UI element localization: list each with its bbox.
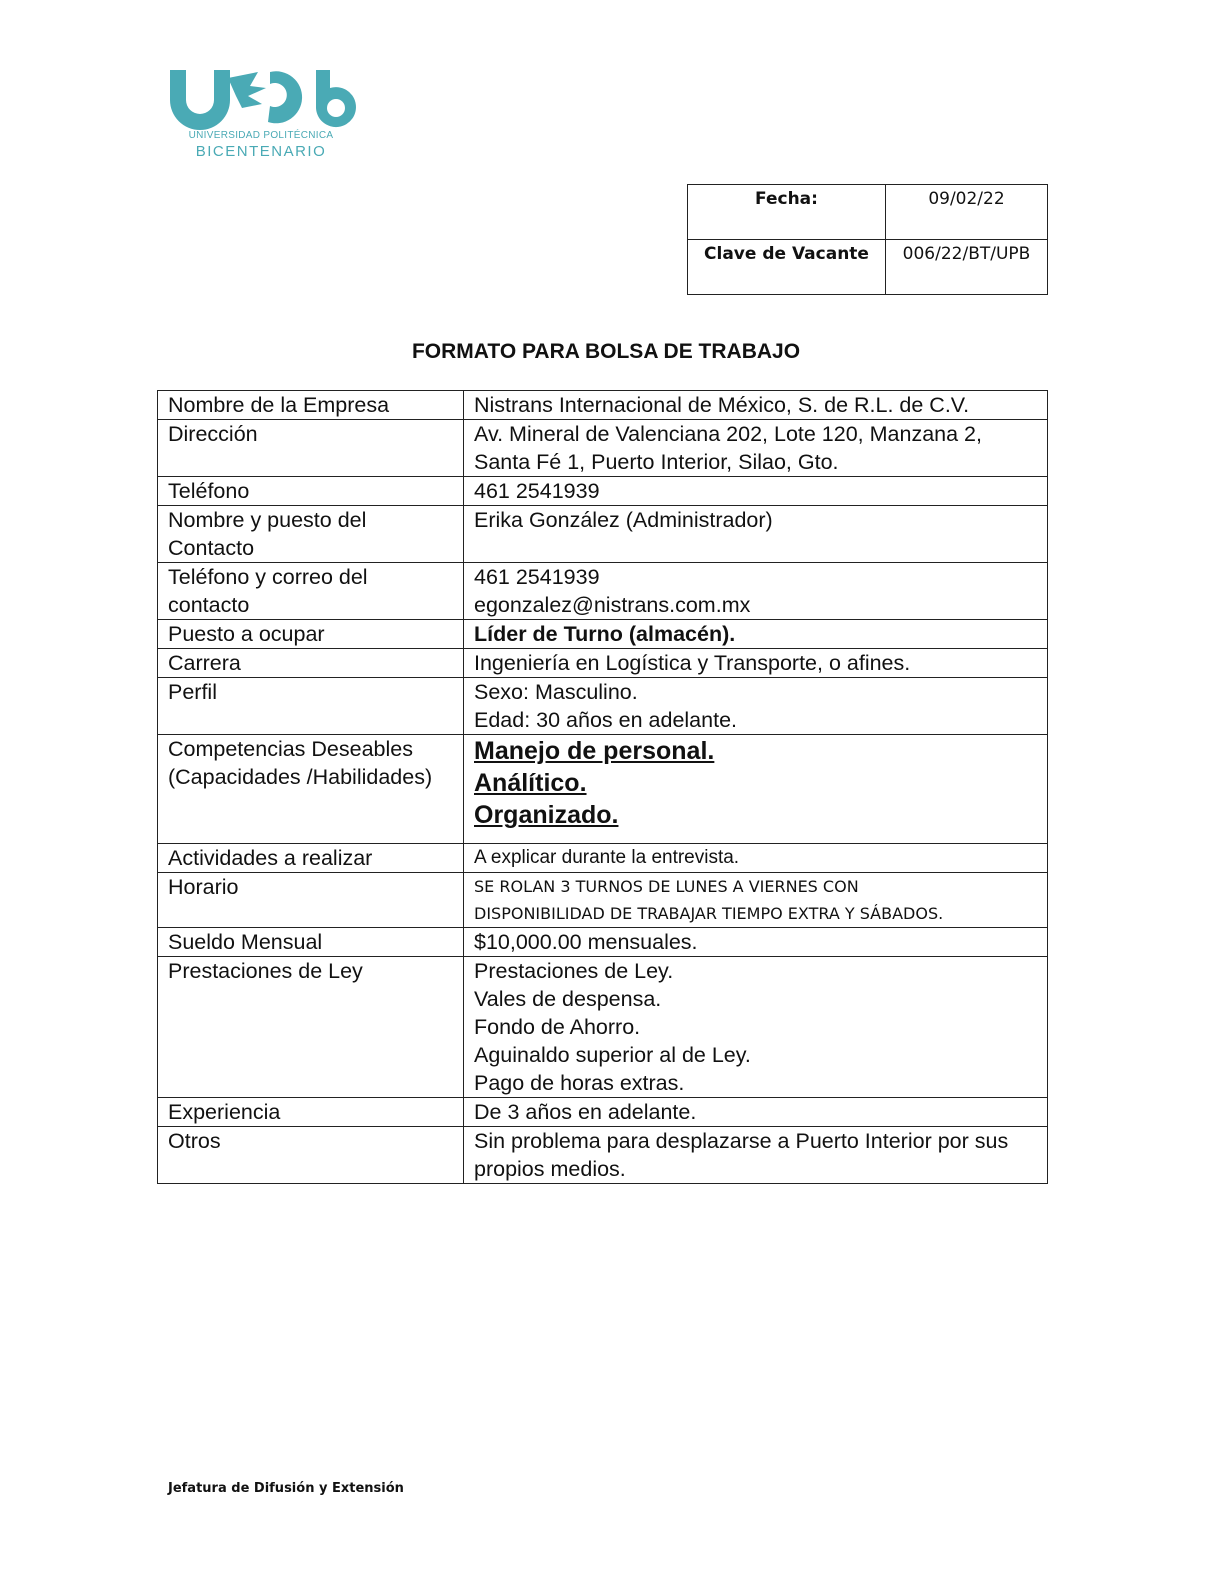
row-value: Av. Mineral de Valenciana 202, Lote 120,… (464, 420, 1048, 477)
row-label: Dirección (158, 420, 464, 477)
perfil-line: Edad: 30 años en adelante. (474, 706, 1037, 734)
row-label: Sueldo Mensual (158, 928, 464, 957)
row-label: Carrera (158, 649, 464, 678)
clave-value: 006/22/BT/UPB (886, 240, 1048, 295)
table-row: Puesto a ocupar Líder de Turno (almacén)… (158, 620, 1048, 649)
contact-email: egonzalez@nistrans.com.mx (474, 591, 1037, 619)
table-row: Nombre y puesto del Contacto Erika Gonzá… (158, 506, 1048, 563)
table-row: Perfil Sexo: Masculino. Edad: 30 años en… (158, 678, 1048, 735)
row-label: Prestaciones de Ley (158, 957, 464, 1098)
row-label: Otros (158, 1127, 464, 1184)
competencia-item: Análítico. (474, 767, 1037, 799)
table-row: Prestaciones de Ley Prestaciones de Ley.… (158, 957, 1048, 1098)
table-row: Sueldo Mensual $10,000.00 mensuales. (158, 928, 1048, 957)
row-value: $10,000.00 mensuales. (464, 928, 1048, 957)
row-value: A explicar durante la entrevista. (464, 844, 1048, 873)
row-value: De 3 años en adelante. (464, 1098, 1048, 1127)
table-row: Otros Sin problema para desplazarse a Pu… (158, 1127, 1048, 1184)
row-value: Erika González (Administrador) (464, 506, 1048, 563)
table-row: Experiencia De 3 años en adelante. (158, 1098, 1048, 1127)
row-value: Sin problema para desplazarse a Puerto I… (464, 1127, 1048, 1184)
table-row: Teléfono y correo del contacto 461 25419… (158, 563, 1048, 620)
table-row: Teléfono 461 2541939 (158, 477, 1048, 506)
row-value: Ingeniería en Logística y Transporte, o … (464, 649, 1048, 678)
row-value: 461 2541939 (464, 477, 1048, 506)
table-row: Horario SE ROLAN 3 TURNOS DE LUNES A VIE… (158, 873, 1048, 928)
fecha-value: 09/02/22 (886, 185, 1048, 240)
row-value: 461 2541939 egonzalez@nistrans.com.mx (464, 563, 1048, 620)
row-value: Nistrans Internacional de México, S. de … (464, 391, 1048, 420)
page-title: FORMATO PARA BOLSA DE TRABAJO (0, 340, 1212, 364)
logo-text-line2: BICENTENARIO (166, 143, 356, 160)
footer-department: Jefatura de Difusión y Extensión (168, 1481, 404, 1496)
row-label: Experiencia (158, 1098, 464, 1127)
clave-label: Clave de Vacante (688, 240, 886, 295)
table-row: Carrera Ingeniería en Logística y Transp… (158, 649, 1048, 678)
job-details-table: Nombre de la Empresa Nistrans Internacio… (157, 390, 1048, 1184)
fecha-label: Fecha: (688, 185, 886, 240)
row-label: Competencias Deseables (Capacidades /Hab… (158, 735, 464, 844)
row-label: Perfil (158, 678, 464, 735)
contact-phone: 461 2541939 (474, 563, 1037, 591)
row-value: Líder de Turno (almacén). (464, 620, 1048, 649)
logo-text-line1: UNIVERSIDAD POLITÉCNICA (166, 130, 356, 141)
vacancy-meta-table: Fecha: 09/02/22 Clave de Vacante 006/22/… (687, 184, 1048, 295)
table-row: Competencias Deseables (Capacidades /Hab… (158, 735, 1048, 844)
row-value: Prestaciones de Ley. Vales de despensa. … (464, 957, 1048, 1098)
prestacion-item: Vales de despensa. (474, 985, 1037, 1013)
horario-line: SE ROLAN 3 TURNOS DE LUNES A VIERNES CON (474, 873, 1037, 900)
prestacion-item: Prestaciones de Ley. (474, 957, 1037, 985)
competencia-item: Organizado. (474, 799, 1037, 831)
prestacion-item: Pago de horas extras. (474, 1069, 1037, 1097)
university-logo: UNIVERSIDAD POLITÉCNICA BICENTENARIO (166, 66, 356, 162)
table-row: Nombre de la Empresa Nistrans Internacio… (158, 391, 1048, 420)
row-label: Nombre y puesto del Contacto (158, 506, 464, 563)
table-row: Actividades a realizar A explicar durant… (158, 844, 1048, 873)
row-label: Nombre de la Empresa (158, 391, 464, 420)
row-label: Horario (158, 873, 464, 928)
row-label: Actividades a realizar (158, 844, 464, 873)
table-row: Dirección Av. Mineral de Valenciana 202,… (158, 420, 1048, 477)
row-value: SE ROLAN 3 TURNOS DE LUNES A VIERNES CON… (464, 873, 1048, 928)
perfil-line: Sexo: Masculino. (474, 678, 1037, 706)
prestacion-item: Aguinaldo superior al de Ley. (474, 1041, 1037, 1069)
row-value: Sexo: Masculino. Edad: 30 años en adelan… (464, 678, 1048, 735)
row-label: Teléfono y correo del contacto (158, 563, 464, 620)
competencia-item: Manejo de personal. (474, 735, 1037, 767)
row-label: Puesto a ocupar (158, 620, 464, 649)
row-value: Manejo de personal. Análítico. Organizad… (464, 735, 1048, 844)
row-label: Teléfono (158, 477, 464, 506)
prestacion-item: Fondo de Ahorro. (474, 1013, 1037, 1041)
upb-logo-mark-icon (166, 66, 356, 130)
horario-line: DISPONIBILIDAD DE TRABAJAR TIEMPO EXTRA … (474, 900, 1037, 927)
